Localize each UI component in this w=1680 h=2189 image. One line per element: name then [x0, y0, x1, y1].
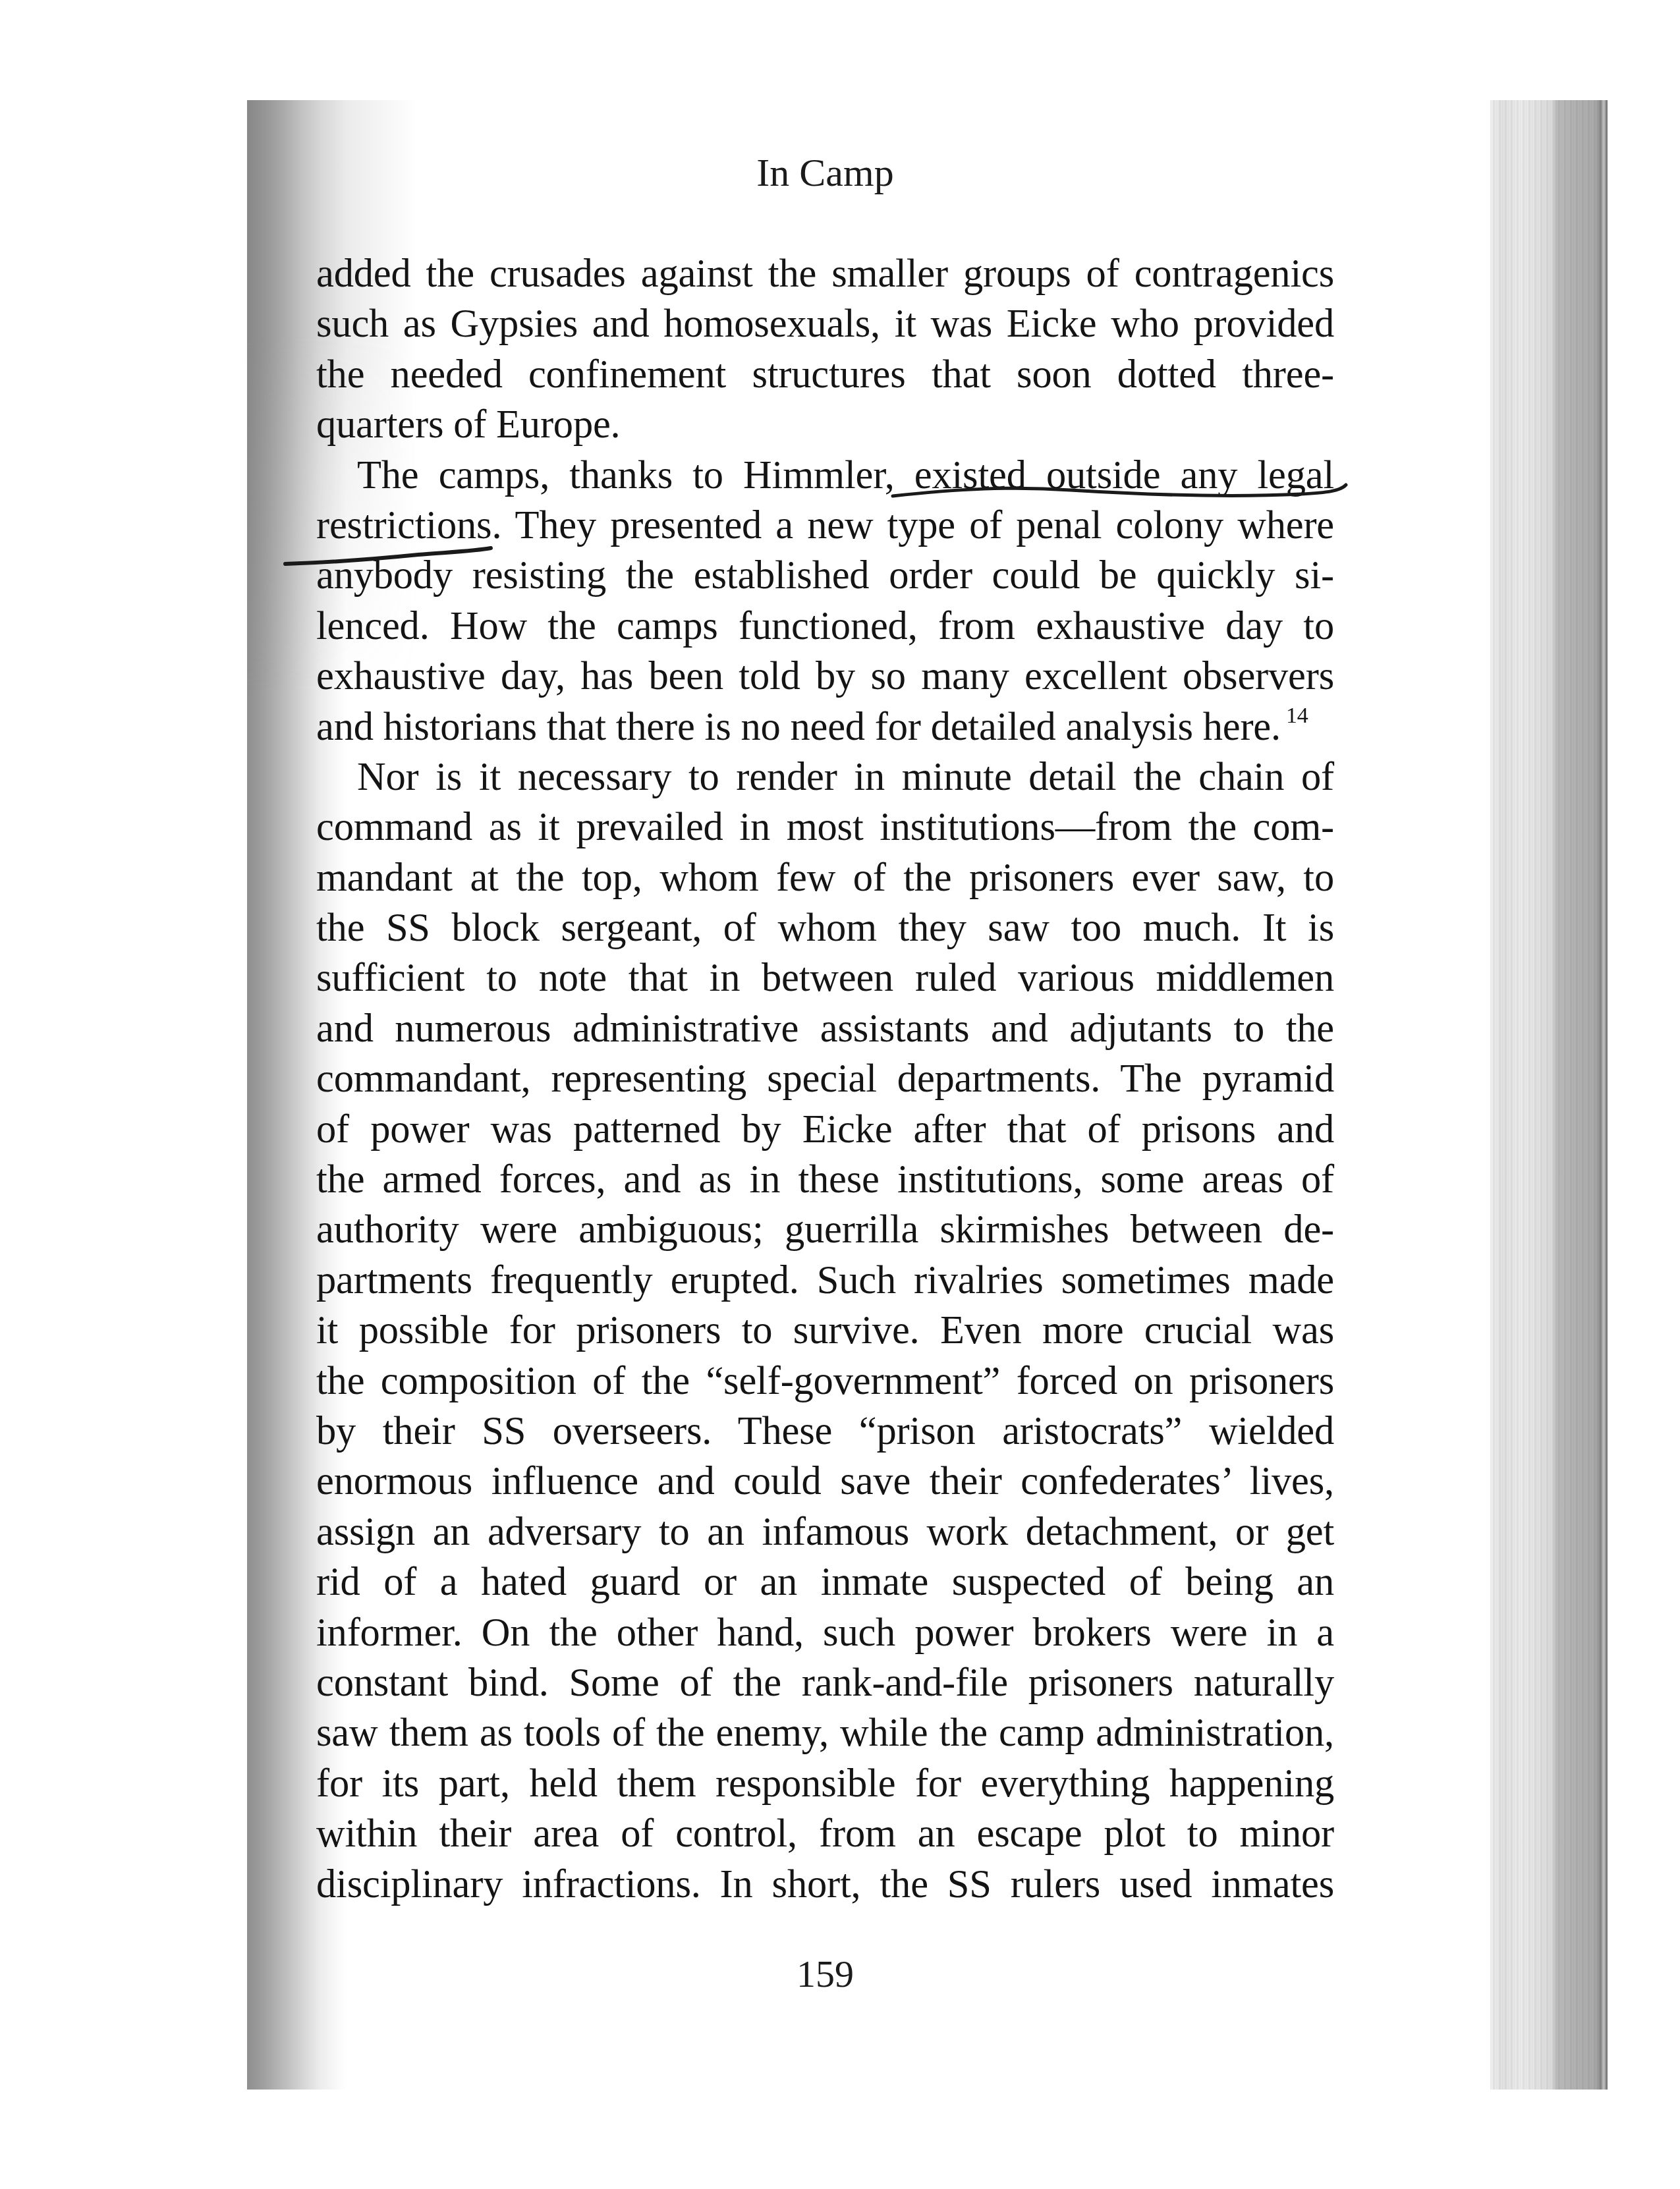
text-line: the needed confinement structures that s… — [316, 350, 1334, 400]
text-line: command as it prevailed in most institut… — [316, 802, 1334, 852]
text-line: and numerous administrative assistants a… — [316, 1004, 1334, 1054]
footnote-reference[interactable]: 14 — [1286, 704, 1308, 728]
running-head: In Camp — [316, 146, 1334, 199]
text-line: constant bind. Some of the rank-and-file… — [316, 1658, 1334, 1708]
text-line: Nor is it necessary to render in minute … — [316, 752, 1334, 802]
text-line: enormous influence and could save their … — [316, 1456, 1334, 1507]
text-line: for its part, held them responsible for … — [316, 1759, 1334, 1809]
text-line: such as Gypsies and homosexuals, it was … — [316, 299, 1334, 349]
text-line: the armed forces, and as in these instit… — [316, 1155, 1334, 1205]
text-line: exhaustive day, has been told by so many… — [316, 651, 1334, 702]
page-fore-edge — [1490, 100, 1608, 2090]
text-line: anybody resisting the established order … — [316, 551, 1334, 601]
text-line: The camps, thanks to Himmler, existed ou… — [316, 451, 1334, 501]
text-line: added the crusades against the smaller g… — [316, 249, 1334, 299]
text-line: sufficient to note that in between ruled… — [316, 953, 1334, 1003]
text-line: lenced. How the camps functioned, from e… — [316, 601, 1334, 651]
text-line: authority were ambiguous; guerrilla skir… — [316, 1205, 1334, 1255]
text-line-content: and historians that there is no need for… — [316, 705, 1281, 749]
text-line: mandant at the top, whom few of the pris… — [316, 853, 1334, 903]
text-line: informer. On the other hand, such power … — [316, 1608, 1334, 1658]
text-line: it possible for prisoners to survive. Ev… — [316, 1306, 1334, 1356]
text-line: assign an adversary to an infamous work … — [316, 1507, 1334, 1557]
scanned-page: In Camp added the crusades against the s… — [247, 100, 1608, 2090]
text-line: the SS block sergeant, of whom they saw … — [316, 903, 1334, 953]
body-text: added the crusades against the smaller g… — [316, 249, 1334, 1910]
text-line: commandant, representing special departm… — [316, 1054, 1334, 1104]
text-line: partments frequently erupted. Such rival… — [316, 1256, 1334, 1306]
text-line: within their area of control, from an es… — [316, 1809, 1334, 1859]
page-number: 159 — [316, 1951, 1334, 1997]
text-line: restrictions. They presented a new type … — [316, 501, 1334, 551]
text-line: rid of a hated guard or an inmate suspec… — [316, 1557, 1334, 1607]
text-line: disciplinary infractions. In short, the … — [316, 1860, 1334, 1910]
text-line: quarters of Europe. — [316, 400, 1334, 450]
text-line: the composition of the “self-government”… — [316, 1356, 1334, 1406]
text-line: saw them as tools of the enemy, while th… — [316, 1708, 1334, 1758]
text-line: by their SS overseers. These “prison ari… — [316, 1406, 1334, 1456]
text-line-with-footnote: and historians that there is no need for… — [316, 702, 1334, 752]
text-line: of power was patterned by Eicke after th… — [316, 1105, 1334, 1155]
